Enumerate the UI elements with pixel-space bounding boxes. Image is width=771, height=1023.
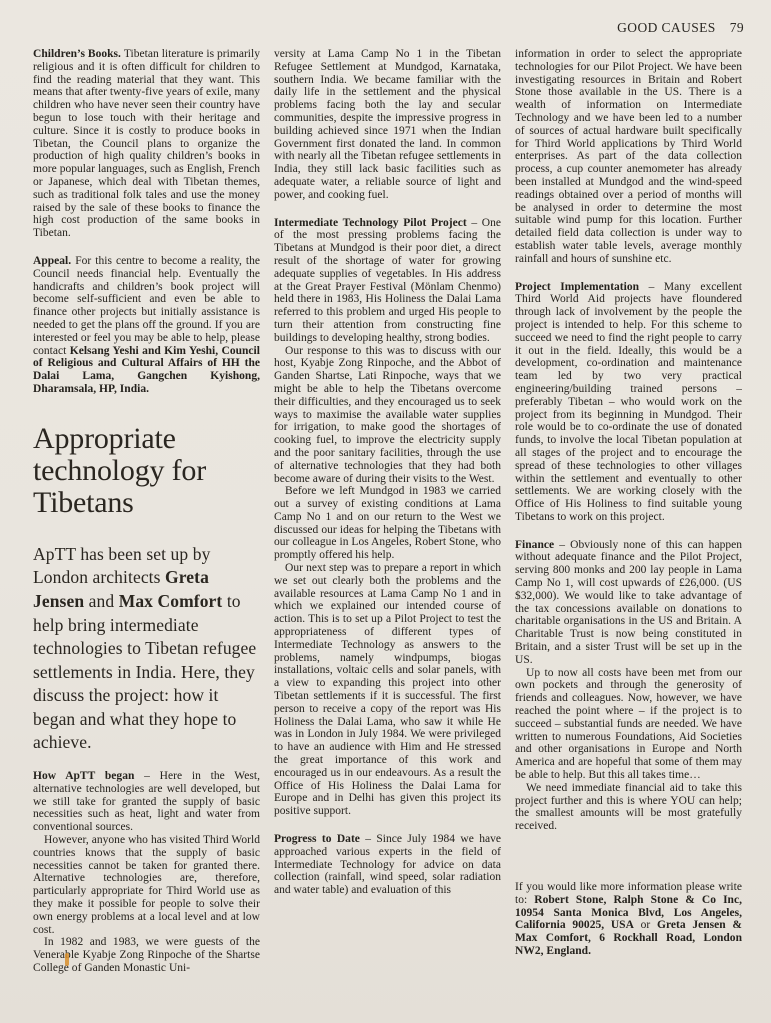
page-number: 79 bbox=[730, 20, 744, 35]
text-run: For this centre to become a reality, the… bbox=[33, 255, 260, 357]
paragraph-pilot-project-4: Our next step was to prepare a report in… bbox=[274, 562, 501, 818]
text-run: Children’s Books. bbox=[33, 48, 124, 60]
text-run: – Obviously none of this can happen with… bbox=[515, 539, 742, 666]
text-run: Appeal. bbox=[33, 255, 75, 267]
paragraph-finance-2: Up to now all costs have been met from o… bbox=[515, 667, 742, 782]
text-run: Intermediate Technology Pilot Project bbox=[274, 217, 467, 229]
section-title: GOOD CAUSES bbox=[617, 20, 716, 35]
paragraph-finance-3: We need immediate financial aid to take … bbox=[515, 782, 742, 833]
magazine-page: GOOD CAUSES79 Children’s Books. Tibetan … bbox=[0, 0, 771, 1023]
text-run: Progress to Date bbox=[274, 833, 360, 845]
text-run: or bbox=[634, 919, 657, 931]
paragraph-childrens-books: Children’s Books. Tibetan literature is … bbox=[33, 48, 260, 240]
text-run: – One of the most pressing problems faci… bbox=[274, 217, 501, 344]
paragraph-finance-1: Finance – Obviously none of this can hap… bbox=[515, 539, 742, 667]
text-run: How ApTT began bbox=[33, 770, 134, 782]
article-headline: Appropriate technology for Tibetans bbox=[33, 423, 260, 519]
text-run: – Many excellent Third World Aid project… bbox=[515, 281, 742, 523]
article-standfirst: ApTT has been set up by London architect… bbox=[33, 543, 260, 755]
paragraph-continuation-middle: versity at Lama Camp No 1 in the Tibetan… bbox=[274, 48, 501, 202]
scan-artifact-mark bbox=[65, 953, 69, 966]
text-run: Project Implementation bbox=[515, 281, 639, 293]
column-middle: versity at Lama Camp No 1 in the Tibetan… bbox=[274, 48, 501, 1023]
paragraph-project-implementation: Project Implementation – Many excellent … bbox=[515, 281, 742, 524]
paragraph-continuation-right: information in order to select the appro… bbox=[515, 48, 742, 266]
text-run: Finance bbox=[515, 539, 554, 551]
page-header: GOOD CAUSES79 bbox=[617, 20, 744, 36]
column-right: information in order to select the appro… bbox=[515, 48, 742, 1023]
paragraph-pilot-project-2: Our response to this was to discuss with… bbox=[274, 345, 501, 486]
paragraph-appeal: Appeal. For this centre to become a real… bbox=[33, 255, 260, 396]
paragraph-progress-to-date: Progress to Date – Since July 1984 we ha… bbox=[274, 833, 501, 897]
text-run: Tibetan literature is primarily religiou… bbox=[33, 48, 260, 239]
article-columns: Children’s Books. Tibetan literature is … bbox=[33, 48, 742, 1023]
paragraph-pilot-project-1: Intermediate Technology Pilot Project – … bbox=[274, 217, 501, 345]
text-run: Max Comfort bbox=[119, 591, 223, 611]
paragraph-contact-info: If you would like more information pleas… bbox=[515, 881, 742, 958]
paragraph-pilot-project-3: Before we left Mundgod in 1983 we carrie… bbox=[274, 485, 501, 562]
text-run: and bbox=[84, 591, 119, 611]
paragraph-how-aptt-began-2: However, anyone who has visited Third Wo… bbox=[33, 834, 260, 936]
column-left: Children’s Books. Tibetan literature is … bbox=[33, 48, 260, 1023]
paragraph-how-aptt-began-1: How ApTT began – Here in the West, alter… bbox=[33, 770, 260, 834]
text-run: to help bring intermediate technologies … bbox=[33, 591, 256, 753]
